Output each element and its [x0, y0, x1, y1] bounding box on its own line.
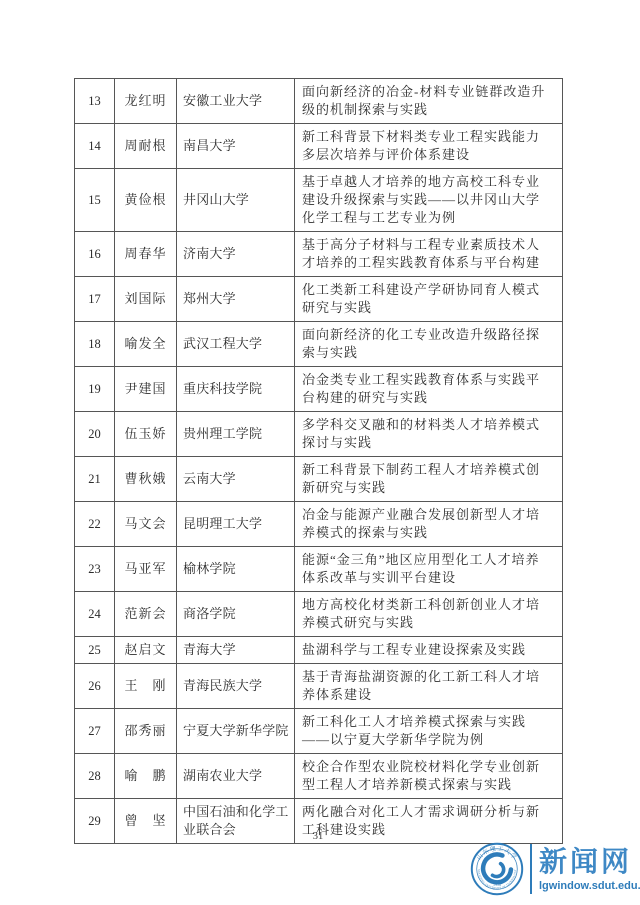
cell-school: 武汉工程大学	[177, 322, 295, 367]
cell-name: 喻发全	[115, 322, 177, 367]
table-row: 27邵秀丽宁夏大学新华学院新工科化工人才培养模式探索与实践——以宁夏大学新华学院…	[75, 709, 563, 754]
cell-index: 17	[75, 277, 115, 322]
cell-title: 能源“金三角”地区应用型化工人才培养体系改革与实训平台建设	[295, 547, 563, 592]
cell-title: 冶金与能源产业融合发展创新型人才培养模式的探索与实践	[295, 502, 563, 547]
cell-name: 马亚军	[115, 547, 177, 592]
cell-index: 16	[75, 232, 115, 277]
cell-name: 喻 鹏	[115, 754, 177, 799]
cell-title: 多学科交叉融和的材料类人才培养模式探讨与实践	[295, 412, 563, 457]
cell-index: 24	[75, 592, 115, 637]
table-row: 20伍玉娇贵州理工学院多学科交叉融和的材料类人才培养模式探讨与实践	[75, 412, 563, 457]
table-row: 17刘国际郑州大学化工类新工科建设产学研协同育人模式研究与实践	[75, 277, 563, 322]
cell-title: 新工科背景下材料类专业工程实践能力多层次培养与评价体系建设	[295, 124, 563, 169]
project-table: 13龙红明安徽工业大学面向新经济的冶金-材料专业链群改造升级的机制探索与实践14…	[74, 78, 563, 844]
seal-year: 1956	[493, 882, 501, 887]
cell-title: 基于卓越人才培养的地方高校工科专业建设升级探索与实践——以井冈山大学化学工程与工…	[295, 169, 563, 232]
cell-title: 校企合作型农业院校材料化学专业创新型工程人才培养新模式探索与实践	[295, 754, 563, 799]
cell-school: 青海大学	[177, 637, 295, 664]
cell-name: 刘国际	[115, 277, 177, 322]
watermark-text-block: 新闻网 lgwindow.sdut.edu.cn	[539, 846, 640, 893]
cell-name: 尹建国	[115, 367, 177, 412]
cell-index: 26	[75, 664, 115, 709]
table-row: 15黄俭根井冈山大学基于卓越人才培养的地方高校工科专业建设升级探索与实践——以井…	[75, 169, 563, 232]
table-row: 16周春华济南大学基于高分子材料与工程专业素质技术人才培养的工程实践教育体系与平…	[75, 232, 563, 277]
cell-school: 商洛学院	[177, 592, 295, 637]
cell-name: 范新会	[115, 592, 177, 637]
cell-index: 21	[75, 457, 115, 502]
cell-name: 周耐根	[115, 124, 177, 169]
cell-name: 曹秋娥	[115, 457, 177, 502]
cell-school: 安徽工业大学	[177, 79, 295, 124]
table-row: 24范新会商洛学院地方高校化材类新工科创新创业人才培养模式研究与实践	[75, 592, 563, 637]
cell-school: 榆林学院	[177, 547, 295, 592]
table-row: 14周耐根南昌大学新工科背景下材料类专业工程实践能力多层次培养与评价体系建设	[75, 124, 563, 169]
cell-title: 面向新经济的冶金-材料专业链群改造升级的机制探索与实践	[295, 79, 563, 124]
table-row: 19尹建国重庆科技学院冶金类专业工程实践教育体系与实践平台构建的研究与实践	[75, 367, 563, 412]
cell-index: 15	[75, 169, 115, 232]
cell-school: 济南大学	[177, 232, 295, 277]
cell-index: 27	[75, 709, 115, 754]
cell-index: 19	[75, 367, 115, 412]
table-row: 21曹秋娥云南大学新工科背景下制药工程人才培养模式创新研究与实践	[75, 457, 563, 502]
cell-school: 湖南农业大学	[177, 754, 295, 799]
cell-school: 重庆科技学院	[177, 367, 295, 412]
cell-title: 地方高校化材类新工科创新创业人才培养模式研究与实践	[295, 592, 563, 637]
table-row: 25赵启文青海大学盐湖科学与工程专业建设探索及实践	[75, 637, 563, 664]
cell-name: 黄俭根	[115, 169, 177, 232]
cell-school: 昆明理工大学	[177, 502, 295, 547]
table-row: 28喻 鹏湖南农业大学校企合作型农业院校材料化学专业创新型工程人才培养新模式探索…	[75, 754, 563, 799]
cell-title: 化工类新工科建设产学研协同育人模式研究与实践	[295, 277, 563, 322]
cell-school: 贵州理工学院	[177, 412, 295, 457]
table-row: 26王 刚青海民族大学基于青海盐湖资源的化工新工科人才培养体系建设	[75, 664, 563, 709]
cell-index: 13	[75, 79, 115, 124]
cell-school: 青海民族大学	[177, 664, 295, 709]
cell-index: 14	[75, 124, 115, 169]
cell-school: 云南大学	[177, 457, 295, 502]
cell-title: 新工科背景下制药工程人才培养模式创新研究与实践	[295, 457, 563, 502]
cell-name: 马文会	[115, 502, 177, 547]
table-row: 23马亚军榆林学院能源“金三角”地区应用型化工人才培养体系改革与实训平台建设	[75, 547, 563, 592]
watermark-site-url: lgwindow.sdut.edu.cn	[539, 880, 640, 893]
cell-index: 22	[75, 502, 115, 547]
watermark: 山东理工大学 SHANDONG UNIVERSITY OF TECHNOLOGY…	[470, 842, 640, 896]
cell-name: 周春华	[115, 232, 177, 277]
cell-name: 赵启文	[115, 637, 177, 664]
table-row: 18喻发全武汉工程大学面向新经济的化工专业改造升级路径探索与实践	[75, 322, 563, 367]
page-number: 31	[74, 831, 562, 842]
cell-title: 冶金类专业工程实践教育体系与实践平台构建的研究与实践	[295, 367, 563, 412]
cell-index: 20	[75, 412, 115, 457]
cell-index: 23	[75, 547, 115, 592]
cell-name: 伍玉娇	[115, 412, 177, 457]
cell-school: 郑州大学	[177, 277, 295, 322]
cell-school: 宁夏大学新华学院	[177, 709, 295, 754]
cell-school: 南昌大学	[177, 124, 295, 169]
cell-name: 邵秀丽	[115, 709, 177, 754]
cell-title: 盐湖科学与工程专业建设探索及实践	[295, 637, 563, 664]
cell-title: 新工科化工人才培养模式探索与实践——以宁夏大学新华学院为例	[295, 709, 563, 754]
watermark-site-name: 新闻网	[539, 846, 640, 878]
cell-index: 28	[75, 754, 115, 799]
cell-title: 基于高分子材料与工程专业素质技术人才培养的工程实践教育体系与平台构建	[295, 232, 563, 277]
document-page: 13龙红明安徽工业大学面向新经济的冶金-材料专业链群改造升级的机制探索与实践14…	[0, 0, 640, 905]
cell-title: 面向新经济的化工专业改造升级路径探索与实践	[295, 322, 563, 367]
cell-name: 龙红明	[115, 79, 177, 124]
table-row: 22马文会昆明理工大学冶金与能源产业融合发展创新型人才培养模式的探索与实践	[75, 502, 563, 547]
university-seal-icon: 山东理工大学 SHANDONG UNIVERSITY OF TECHNOLOGY…	[470, 842, 524, 896]
cell-school: 井冈山大学	[177, 169, 295, 232]
watermark-divider	[530, 844, 532, 894]
cell-index: 18	[75, 322, 115, 367]
table-row: 13龙红明安徽工业大学面向新经济的冶金-材料专业链群改造升级的机制探索与实践	[75, 79, 563, 124]
cell-name: 王 刚	[115, 664, 177, 709]
cell-title: 基于青海盐湖资源的化工新工科人才培养体系建设	[295, 664, 563, 709]
cell-index: 25	[75, 637, 115, 664]
